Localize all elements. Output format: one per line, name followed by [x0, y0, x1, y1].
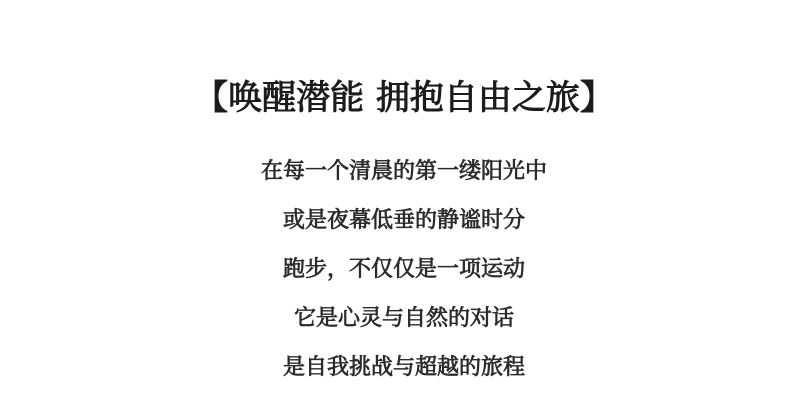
poster-line-4: 它是心灵与自然的对话: [9, 308, 790, 330]
poster-line-2: 或是夜幕低垂的静谧时分: [9, 210, 790, 232]
poster-line-3: 跑步，不仅仅是一项运动: [9, 259, 790, 281]
poster-content: 【唤醒潜能 拥抱自由之旅】 在每一个清晨的第一缕阳光中 或是夜幕低垂的静谧时分 …: [9, 0, 790, 406]
poster-line-5: 是自我挑战与超越的旅程: [9, 357, 790, 379]
poster-page: 【唤醒潜能 拥抱自由之旅】 在每一个清晨的第一缕阳光中 或是夜幕低垂的静谧时分 …: [0, 0, 790, 410]
poster-line-1: 在每一个清晨的第一缕阳光中: [9, 161, 790, 183]
poster-title: 【唤醒潜能 拥抱自由之旅】: [9, 76, 790, 121]
